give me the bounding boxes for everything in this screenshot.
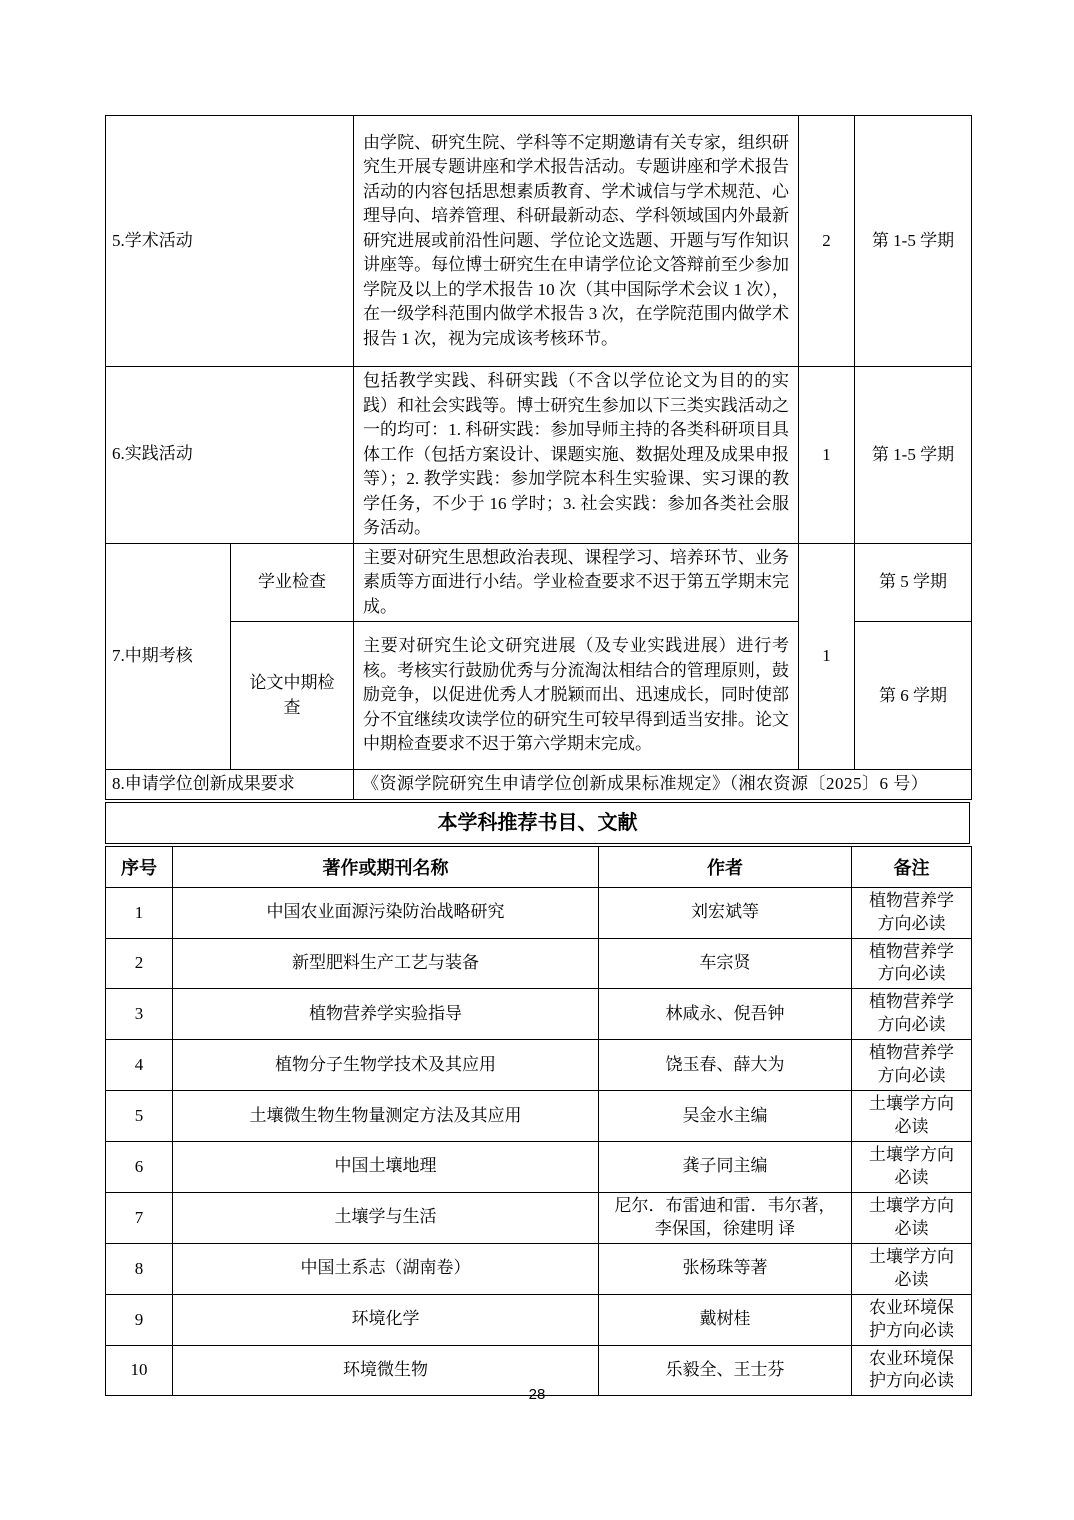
- book-title: 中国农业面源污染防治战略研究: [173, 887, 599, 938]
- books-header-row: 序号 著作或期刊名称 作者 备注: [106, 846, 972, 887]
- practice-activities-row: 6.实践活动 包括教学实践、科研实践（不含以学位论文为目的的实践）和社会实践等。…: [106, 367, 972, 544]
- book-title: 植物分子生物学技术及其应用: [173, 1040, 599, 1091]
- thesis-check-label: 论文中期检查: [231, 622, 354, 770]
- academic-check-semester: 第 5 学期: [855, 543, 972, 622]
- book-note: 植物营养学方向必读: [852, 989, 972, 1040]
- academic-activities-credits: 2: [799, 116, 855, 367]
- book-title: 环境化学: [173, 1294, 599, 1345]
- book-title: 植物营养学实验指导: [173, 989, 599, 1040]
- book-row: 4 植物分子生物学技术及其应用 饶玉春、薛大为 植物营养学方向必读: [106, 1040, 972, 1091]
- book-note: 土壤学方向必读: [852, 1091, 972, 1142]
- innovation-requirement-label: 8.申请学位创新成果要求: [106, 770, 354, 800]
- book-index: 2: [106, 938, 173, 989]
- book-index: 7: [106, 1192, 173, 1243]
- academic-check-description: 主要对研究生思想政治表现、课程学习、培养环节、业务素质等方面进行小结。学业检查要…: [354, 543, 799, 622]
- col-header-author: 作者: [599, 846, 852, 887]
- book-note: 土壤学方向必读: [852, 1142, 972, 1193]
- book-index: 9: [106, 1294, 173, 1345]
- book-author: 车宗贤: [599, 938, 852, 989]
- book-row: 2 新型肥料生产工艺与装备 车宗贤 植物营养学方向必读: [106, 938, 972, 989]
- book-index: 8: [106, 1243, 173, 1294]
- book-author: 饶玉春、薛大为: [599, 1040, 852, 1091]
- book-row: 8 中国土系志（湖南卷） 张杨珠等著 土壤学方向必读: [106, 1243, 972, 1294]
- thesis-check-description: 主要对研究生论文研究进展（及专业实践进展）进行考核。考核实行鼓励优秀与分流淘汰相…: [354, 622, 799, 770]
- col-header-index: 序号: [106, 846, 173, 887]
- thesis-check-semester: 第 6 学期: [855, 622, 972, 770]
- book-title: 土壤微生物生物量测定方法及其应用: [173, 1091, 599, 1142]
- col-header-title: 著作或期刊名称: [173, 846, 599, 887]
- book-title: 土壤学与生活: [173, 1192, 599, 1243]
- book-author: 林咸永、倪吾钟: [599, 989, 852, 1040]
- book-row: 9 环境化学 戴树桂 农业环境保护方向必读: [106, 1294, 972, 1345]
- book-row: 7 土壤学与生活 尼尔．布雷迪和雷．韦尔著，李保国，徐建明 译 土壤学方向必读: [106, 1192, 972, 1243]
- training-plan-table: 5.学术活动 由学院、研究生院、学科等不定期邀请有关专家，组织研究生开展专题讲座…: [105, 115, 972, 800]
- practice-activities-semester: 第 1-5 学期: [855, 367, 972, 544]
- book-title: 中国土壤地理: [173, 1142, 599, 1193]
- practice-activities-label: 6.实践活动: [106, 367, 354, 544]
- book-note: 植物营养学方向必读: [852, 938, 972, 989]
- recommended-books-table: 序号 著作或期刊名称 作者 备注 1 中国农业面源污染防治战略研究 刘宏斌等 植…: [105, 846, 972, 1397]
- document-page: 5.学术活动 由学院、研究生院、学科等不定期邀请有关专家，组织研究生开展专题讲座…: [0, 0, 1074, 1520]
- book-row: 6 中国土壤地理 龚子同主编 土壤学方向必读: [106, 1142, 972, 1193]
- academic-activities-label: 5.学术活动: [106, 116, 354, 367]
- book-row: 3 植物营养学实验指导 林咸永、倪吾钟 植物营养学方向必读: [106, 989, 972, 1040]
- book-author: 吴金水主编: [599, 1091, 852, 1142]
- book-note: 土壤学方向必读: [852, 1243, 972, 1294]
- academic-activities-row: 5.学术活动 由学院、研究生院、学科等不定期邀请有关专家，组织研究生开展专题讲座…: [106, 116, 972, 367]
- academic-check-label: 学业检查: [231, 543, 354, 622]
- book-index: 1: [106, 887, 173, 938]
- book-row: 1 中国农业面源污染防治战略研究 刘宏斌等 植物营养学方向必读: [106, 887, 972, 938]
- book-note: 农业环境保护方向必读: [852, 1294, 972, 1345]
- book-author: 张杨珠等著: [599, 1243, 852, 1294]
- book-title: 新型肥料生产工艺与装备: [173, 938, 599, 989]
- book-row: 5 土壤微生物生物量测定方法及其应用 吴金水主编 土壤学方向必读: [106, 1091, 972, 1142]
- book-title: 中国土系志（湖南卷）: [173, 1243, 599, 1294]
- booklist-section-title: 本学科推荐书目、文献: [105, 802, 970, 844]
- book-index: 4: [106, 1040, 173, 1091]
- book-note: 植物营养学方向必读: [852, 1040, 972, 1091]
- document-content: 5.学术活动 由学院、研究生院、学科等不定期邀请有关专家，组织研究生开展专题讲座…: [105, 115, 971, 1396]
- col-header-note: 备注: [852, 846, 972, 887]
- book-index: 5: [106, 1091, 173, 1142]
- page-number: 28: [0, 1386, 1074, 1403]
- academic-activities-semester: 第 1-5 学期: [855, 116, 972, 367]
- midterm-assessment-credits: 1: [799, 543, 855, 770]
- practice-activities-description: 包括教学实践、科研实践（不含以学位论文为目的的实践）和社会实践等。博士研究生参加…: [354, 367, 799, 544]
- book-index: 6: [106, 1142, 173, 1193]
- midterm-assessment-label: 7.中期考核: [106, 543, 231, 770]
- book-author: 尼尔．布雷迪和雷．韦尔著，李保国，徐建明 译: [599, 1192, 852, 1243]
- book-note: 土壤学方向必读: [852, 1192, 972, 1243]
- academic-activities-description: 由学院、研究生院、学科等不定期邀请有关专家，组织研究生开展专题讲座和学术报告活动…: [354, 116, 799, 367]
- book-note: 植物营养学方向必读: [852, 887, 972, 938]
- innovation-requirement-row: 8.申请学位创新成果要求 《资源学院研究生申请学位创新成果标准规定》（湘农资源〔…: [106, 770, 972, 800]
- book-author: 龚子同主编: [599, 1142, 852, 1193]
- innovation-requirement-value: 《资源学院研究生申请学位创新成果标准规定》（湘农资源〔2025〕6 号）: [354, 770, 972, 800]
- midterm-academic-check-row: 7.中期考核 学业检查 主要对研究生思想政治表现、课程学习、培养环节、业务素质等…: [106, 543, 972, 622]
- practice-activities-credits: 1: [799, 367, 855, 544]
- book-author: 刘宏斌等: [599, 887, 852, 938]
- book-author: 戴树桂: [599, 1294, 852, 1345]
- book-index: 3: [106, 989, 173, 1040]
